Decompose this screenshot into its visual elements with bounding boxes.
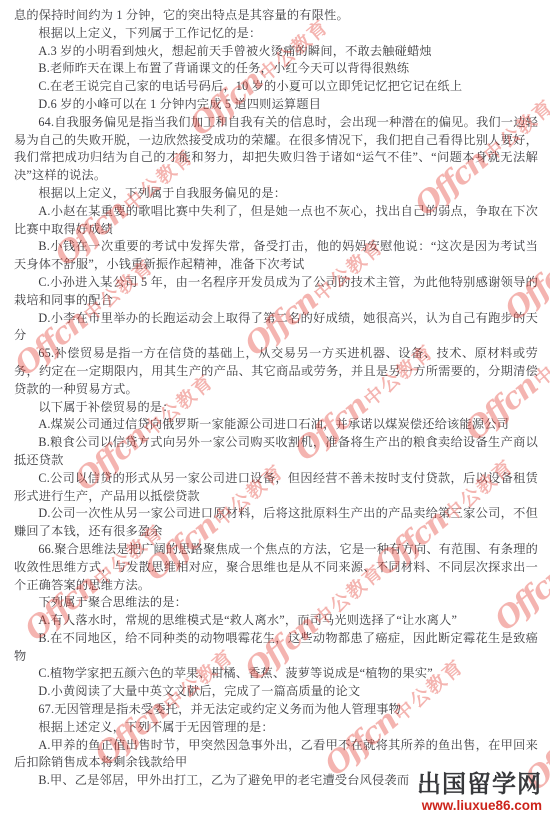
text-paragraph: B.老师昨天在课上布置了背诵课文的任务，小红今天可以背得很熟练 [14, 60, 538, 78]
text-paragraph: 根据以上定义，下列属于工作记忆的是： [14, 25, 538, 43]
text-paragraph: A.有人落水时，常规的思维模式是“救人离水”，而司马光则选择了“让水离人” [14, 612, 538, 630]
text-paragraph: B.小钱在一次重要的考试中发挥失常，备受打击，他的妈妈安慰他说：“这次是因为考试… [14, 238, 538, 274]
text-paragraph: C.植物学家把五颜六色的苹果、柑橘、香蕉、菠萝等说成是“植物的果实” [14, 665, 538, 683]
text-paragraph: 67.无因管理是指未受委托，并无法定或约定义务而为他人管理事物 [14, 701, 538, 719]
text-paragraph: B.在不同地区，给不同种类的动物喂霉花生，这些动物都患了癌症，因此断定霉花生是致… [14, 630, 538, 666]
text-paragraph: D.6 岁的小峰可以在 1 分钟内完成 5 道四则运算题目 [14, 96, 538, 114]
liuxue86-logo: 出国留学网 www.liuxue86.com [417, 772, 542, 813]
text-paragraph: A.小赵在某重要的歌唱比赛中失利了，但是她一点也不灰心，找出自己的弱点，争取在下… [14, 203, 538, 239]
text-paragraph: 息的保持时间约为 1 分钟，它的突出特点是其容量的有限性。 [14, 7, 538, 25]
liuxue86-site-name: 出国留学网 [417, 772, 542, 798]
text-paragraph: D.小李在市里举办的长跑运动会上取得了第二名的好成绩，她很高兴，认为自己有跑步的… [14, 310, 538, 346]
text-paragraph: 64.自我服务偏见是指当我们加工和自我有关的信息时，会出现一种潜在的偏见。我们一… [14, 114, 538, 185]
text-paragraph: 66.聚合思维法是把广阔的思路聚焦成一个焦点的方法，它是一种有方向、有范围、有条… [14, 541, 538, 594]
liuxue86-site-url: www.liuxue86.com [417, 798, 542, 813]
scanned-exam-page: 息的保持时间约为 1 分钟，它的突出特点是其容量的有限性。根据以上定义，下列属于… [0, 0, 550, 818]
text-paragraph: A.甲养的鱼正值出售时节，甲突然因急事外出，乙看甲不在就将其所养的鱼出售，在甲回… [14, 737, 538, 773]
document-text: 息的保持时间约为 1 分钟，它的突出特点是其容量的有限性。根据以上定义，下列属于… [14, 7, 538, 790]
text-paragraph: 根据以上定义，下列属于自我服务偏见的是： [14, 185, 538, 203]
text-paragraph: B.粮食公司以信贷方式向另外一家公司购买收割机，准备将生产出的粮食卖给设备生产商… [14, 434, 538, 470]
text-paragraph: 下列属于聚合思维法的是： [14, 594, 538, 612]
text-paragraph: 以下属于补偿贸易的是： [14, 399, 538, 417]
text-paragraph: A.3 岁的小明看到烛火，想起前天手曾被火烫痛的瞬间，不敢去触碰蜡烛 [14, 43, 538, 61]
text-paragraph: D.公司一次性从另一家公司进口原材料，后将这批原料生产出的产品卖给第三家公司，不… [14, 505, 538, 541]
text-paragraph: D.小黄阅读了大量中英文文献后，完成了一篇高质量的论文 [14, 683, 538, 701]
text-paragraph: C.公司以信贷的形式从另一家公司进口设备，但因经营不善未按时支付贷款，后以设备租… [14, 470, 538, 506]
text-paragraph: A.煤炭公司通过信贷向俄罗斯一家能源公司进口石油，并承诺以煤炭偿还给该能源公司 [14, 416, 538, 434]
text-paragraph: 65.补偿贸易是指一方在信贷的基础上，从交易另一方买进机器、设备、技术、原材料或… [14, 345, 538, 398]
text-paragraph: 根据上述定义，下列不属于无因管理的是： [14, 719, 538, 737]
text-paragraph: C.在老王说完自己家的电话号码后，10 岁的小夏可以立即凭记忆把它记在纸上 [14, 78, 538, 96]
text-paragraph: C.小孙进入某公司 5 年，由一名程序开发员成为了公司的技术主管，为此他特别感谢… [14, 274, 538, 310]
